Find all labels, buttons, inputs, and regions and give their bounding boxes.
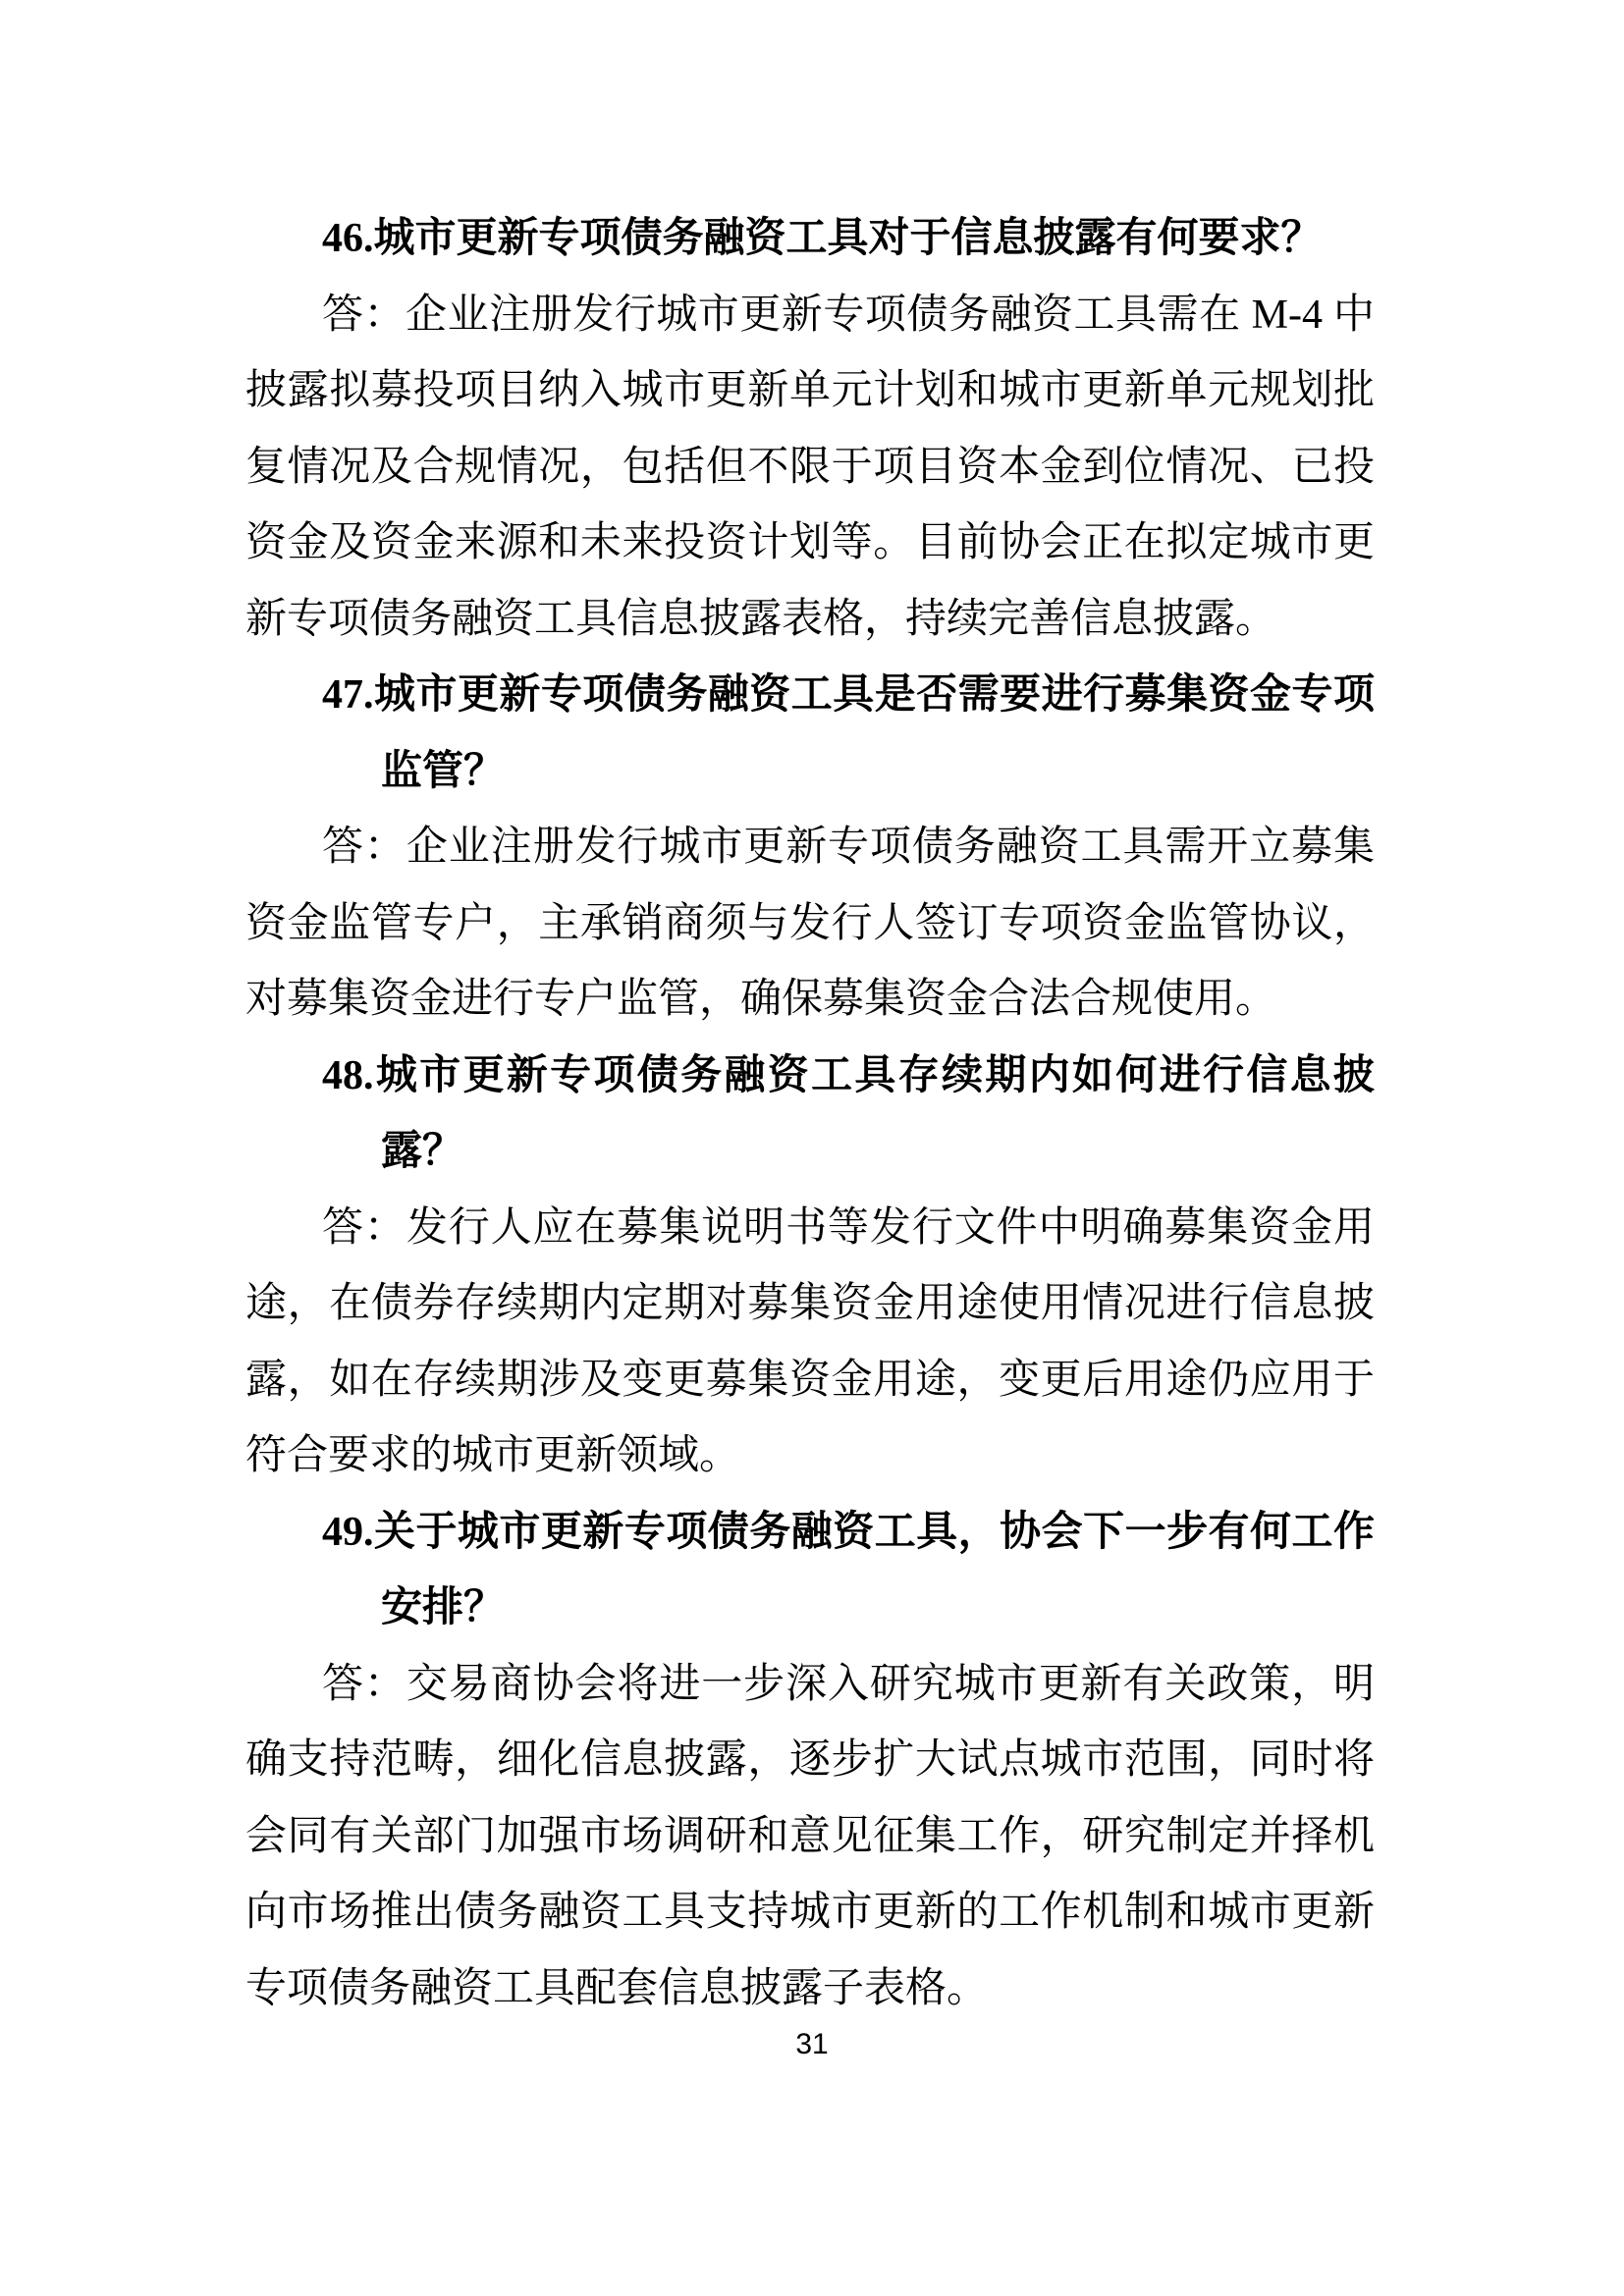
page-number: 31 xyxy=(0,2028,1624,2061)
qa-item-47: 47.城市更新专项债务融资工具是否需要进行募集资金专项监管？ 答：企业注册发行城… xyxy=(245,658,1375,1039)
question-heading-46: 46.城市更新专项债务融资工具对于信息披露有何要求？ xyxy=(245,201,1375,278)
page-content: 46.城市更新专项债务融资工具对于信息披露有何要求？ 答：企业注册发行城市更新专… xyxy=(245,201,1375,2027)
question-heading-47: 47.城市更新专项债务融资工具是否需要进行募集资金专项监管？ xyxy=(245,658,1375,810)
answer-paragraph-46: 答：企业注册发行城市更新专项债务融资工具需在 M-4 中披露拟募投项目纳入城市更… xyxy=(245,278,1375,659)
qa-item-46: 46.城市更新专项债务融资工具对于信息披露有何要求？ 答：企业注册发行城市更新专… xyxy=(245,201,1375,658)
document-page: 46.城市更新专项债务融资工具对于信息披露有何要求？ 答：企业注册发行城市更新专… xyxy=(0,0,1624,2296)
question-heading-49: 49.关于城市更新专项债务融资工具，协会下一步有何工作安排？ xyxy=(245,1495,1375,1647)
answer-paragraph-49: 答：交易商协会将进一步深入研究城市更新有关政策，明确支持范畴，细化信息披露，逐步… xyxy=(245,1647,1375,2028)
question-heading-48: 48.城市更新专项债务融资工具存续期内如何进行信息披露？ xyxy=(245,1039,1375,1191)
qa-item-49: 49.关于城市更新专项债务融资工具，协会下一步有何工作安排？ 答：交易商协会将进… xyxy=(245,1495,1375,2028)
answer-paragraph-47: 答：企业注册发行城市更新专项债务融资工具需开立募集资金监管专户，主承销商须与发行… xyxy=(245,810,1375,1039)
qa-item-48: 48.城市更新专项债务融资工具存续期内如何进行信息披露？ 答：发行人应在募集说明… xyxy=(245,1039,1375,1495)
answer-paragraph-48: 答：发行人应在募集说明书等发行文件中明确募集资金用途，在债券存续期内定期对募集资… xyxy=(245,1191,1375,1495)
